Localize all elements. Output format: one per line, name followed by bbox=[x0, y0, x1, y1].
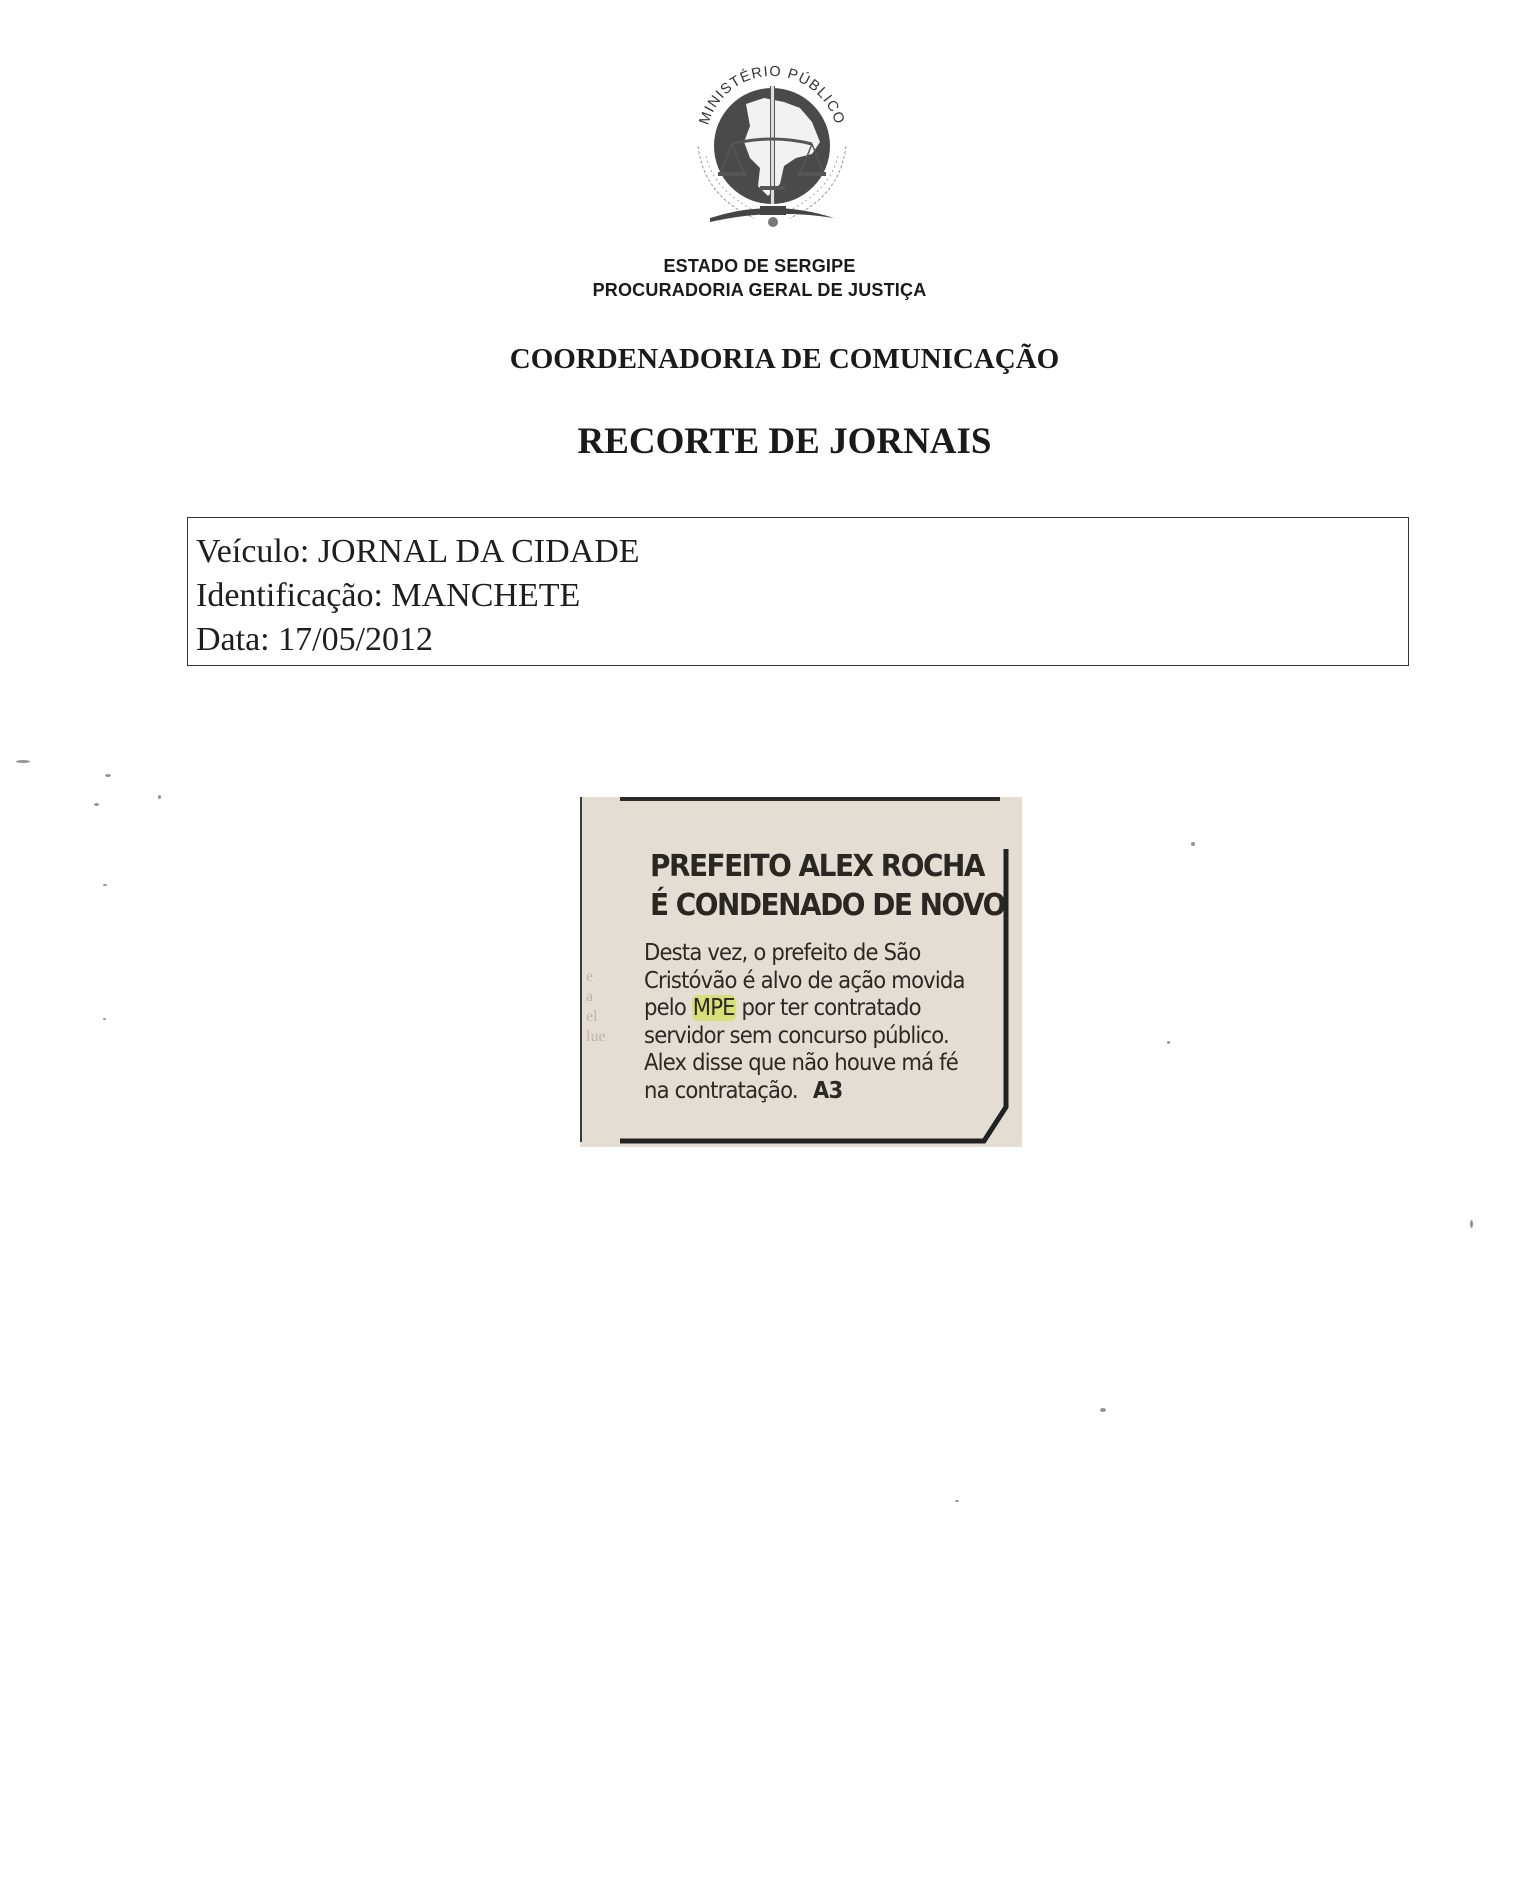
body-line: Desta vez, o prefeito de São bbox=[644, 940, 994, 968]
scan-speck bbox=[103, 1018, 106, 1020]
department-title: COORDENADORIA DE COMUNICAÇÃO bbox=[25, 343, 1519, 376]
body-line: servidor sem concurso público. bbox=[644, 1023, 994, 1051]
scan-speck bbox=[16, 760, 30, 763]
scan-speck bbox=[1191, 842, 1195, 846]
identificacao-label: Identificação: bbox=[196, 577, 383, 614]
scan-speck bbox=[955, 1500, 959, 1502]
identificacao-row: Identificação: MANCHETE bbox=[196, 574, 1400, 618]
newspaper-clipping: eaellue PREFEITO ALEX ROCHA É CONDENADO … bbox=[580, 797, 1022, 1147]
body-line: na contratação. A3 bbox=[644, 1078, 994, 1106]
headline-line-1: PREFEITO ALEX ROCHA bbox=[650, 847, 985, 886]
veiculo-value: JORNAL DA CIDADE bbox=[318, 533, 640, 570]
data-label: Data: bbox=[196, 621, 270, 658]
ministerio-publico-seal-icon: MINISTÉRIO PÚBLICO bbox=[684, 46, 860, 232]
data-row: Data: 17/05/2012 bbox=[196, 618, 1400, 662]
scan-speck bbox=[1167, 1041, 1170, 1044]
document-title: RECORTE DE JORNAIS bbox=[25, 420, 1519, 463]
body-line: pelo MPE por ter contratado bbox=[644, 995, 994, 1023]
data-value: 17/05/2012 bbox=[278, 621, 433, 658]
headline-line-2: É CONDENADO DE NOVO bbox=[650, 886, 985, 925]
institution-name: PROCURADORIA GERAL DE JUSTIÇA bbox=[0, 280, 1519, 301]
scan-speck bbox=[158, 795, 161, 799]
body-line: Alex disse que não houve má fé bbox=[644, 1050, 994, 1078]
clipping-body: Desta vez, o prefeito de São Cristóvão é… bbox=[644, 940, 994, 1105]
veiculo-label: Veículo: bbox=[196, 533, 309, 570]
scan-speck bbox=[105, 774, 111, 777]
scan-speck bbox=[1100, 1408, 1106, 1412]
scan-speck bbox=[1470, 1220, 1473, 1228]
scan-speck bbox=[103, 884, 107, 886]
adjacent-column-ghost-text: eaellue bbox=[586, 967, 616, 1077]
body-line: Cristóvão é alvo de ação movida bbox=[644, 968, 994, 996]
identificacao-value: MANCHETE bbox=[391, 577, 580, 614]
clipping-headline: PREFEITO ALEX ROCHA É CONDENADO DE NOVO bbox=[650, 847, 985, 925]
clipping-info-box: Veículo: JORNAL DA CIDADE Identificação:… bbox=[187, 517, 1409, 666]
highlighted-mpe: MPE bbox=[692, 995, 736, 1021]
veiculo-row: Veículo: JORNAL DA CIDADE bbox=[196, 530, 1400, 574]
page-reference: A3 bbox=[813, 1078, 842, 1104]
scan-speck bbox=[94, 803, 99, 806]
state-name: ESTADO DE SERGIPE bbox=[0, 256, 1519, 277]
